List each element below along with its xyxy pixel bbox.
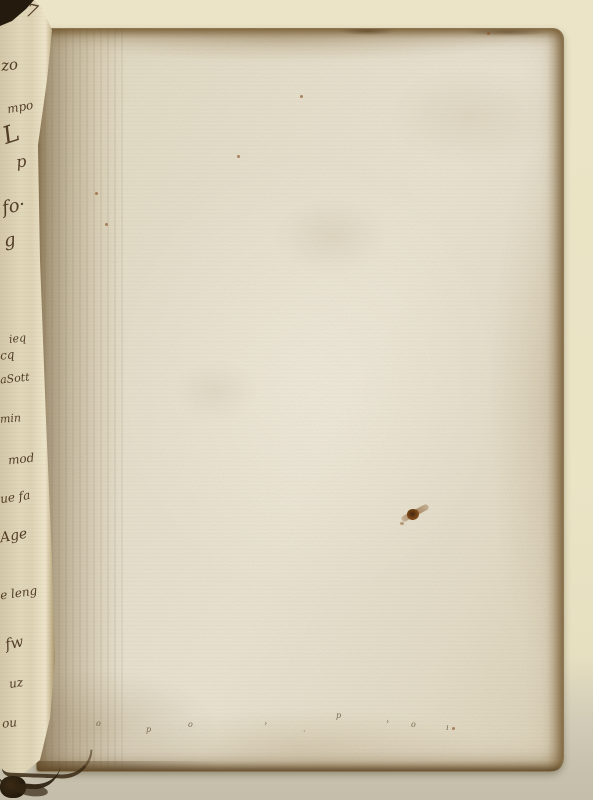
show-through-mark: p: [336, 712, 341, 720]
manuscript-photograph: opo›·p›oı ·:7zompoLpfo·gieqcqaSottminmod…: [0, 0, 593, 800]
ink-blot: [398, 498, 432, 532]
handwriting-fragment: L: [0, 118, 23, 150]
handwriting-fragment: min: [0, 411, 21, 425]
handwriting-fragment: aSott: [0, 370, 30, 386]
handwriting-fragment: fw: [3, 632, 25, 653]
show-through-mark: ›: [386, 718, 389, 726]
handwriting-fragment: ou: [1, 715, 17, 730]
handwriting-fragment: g: [2, 229, 17, 252]
show-through-mark: ı: [446, 724, 449, 732]
parchment-grain-texture: [37, 29, 563, 771]
handwriting-fragment: mpo: [6, 98, 34, 116]
handwriting-fragment: uz: [8, 675, 24, 691]
foxing-speck: [452, 727, 455, 730]
manuscript-page: [36, 28, 564, 772]
foxing-speck: [237, 155, 240, 158]
foxing-speck: [300, 95, 303, 98]
handwriting-fragment: zo: [0, 55, 19, 75]
foxing-speck: [487, 32, 490, 35]
show-through-mark: o: [96, 720, 101, 728]
book-block-bottom-edges: [0, 744, 96, 800]
foxing-speck: [105, 223, 108, 226]
handwriting-fragment: cq: [0, 347, 15, 362]
show-through-mark: o: [188, 721, 193, 729]
ink-blot-core: [407, 509, 419, 520]
handwriting-fragment: p: [15, 151, 28, 171]
handwriting-fragment: ue fa: [0, 488, 31, 506]
ink-blot-dot: [400, 522, 404, 525]
handwriting-fragment: mod: [7, 451, 35, 468]
show-through-mark: ·: [303, 728, 306, 736]
handwriting-fragment: e leng: [0, 583, 38, 602]
foxing-speck: [95, 192, 98, 195]
handwriting-fragment: ieq: [8, 331, 26, 346]
show-through-mark: p: [146, 726, 151, 734]
show-through-mark: o: [411, 721, 416, 729]
handwriting-fragment: Age: [0, 526, 29, 547]
handwriting-fragment: fo·: [0, 194, 27, 219]
show-through-mark: ›: [264, 720, 267, 728]
